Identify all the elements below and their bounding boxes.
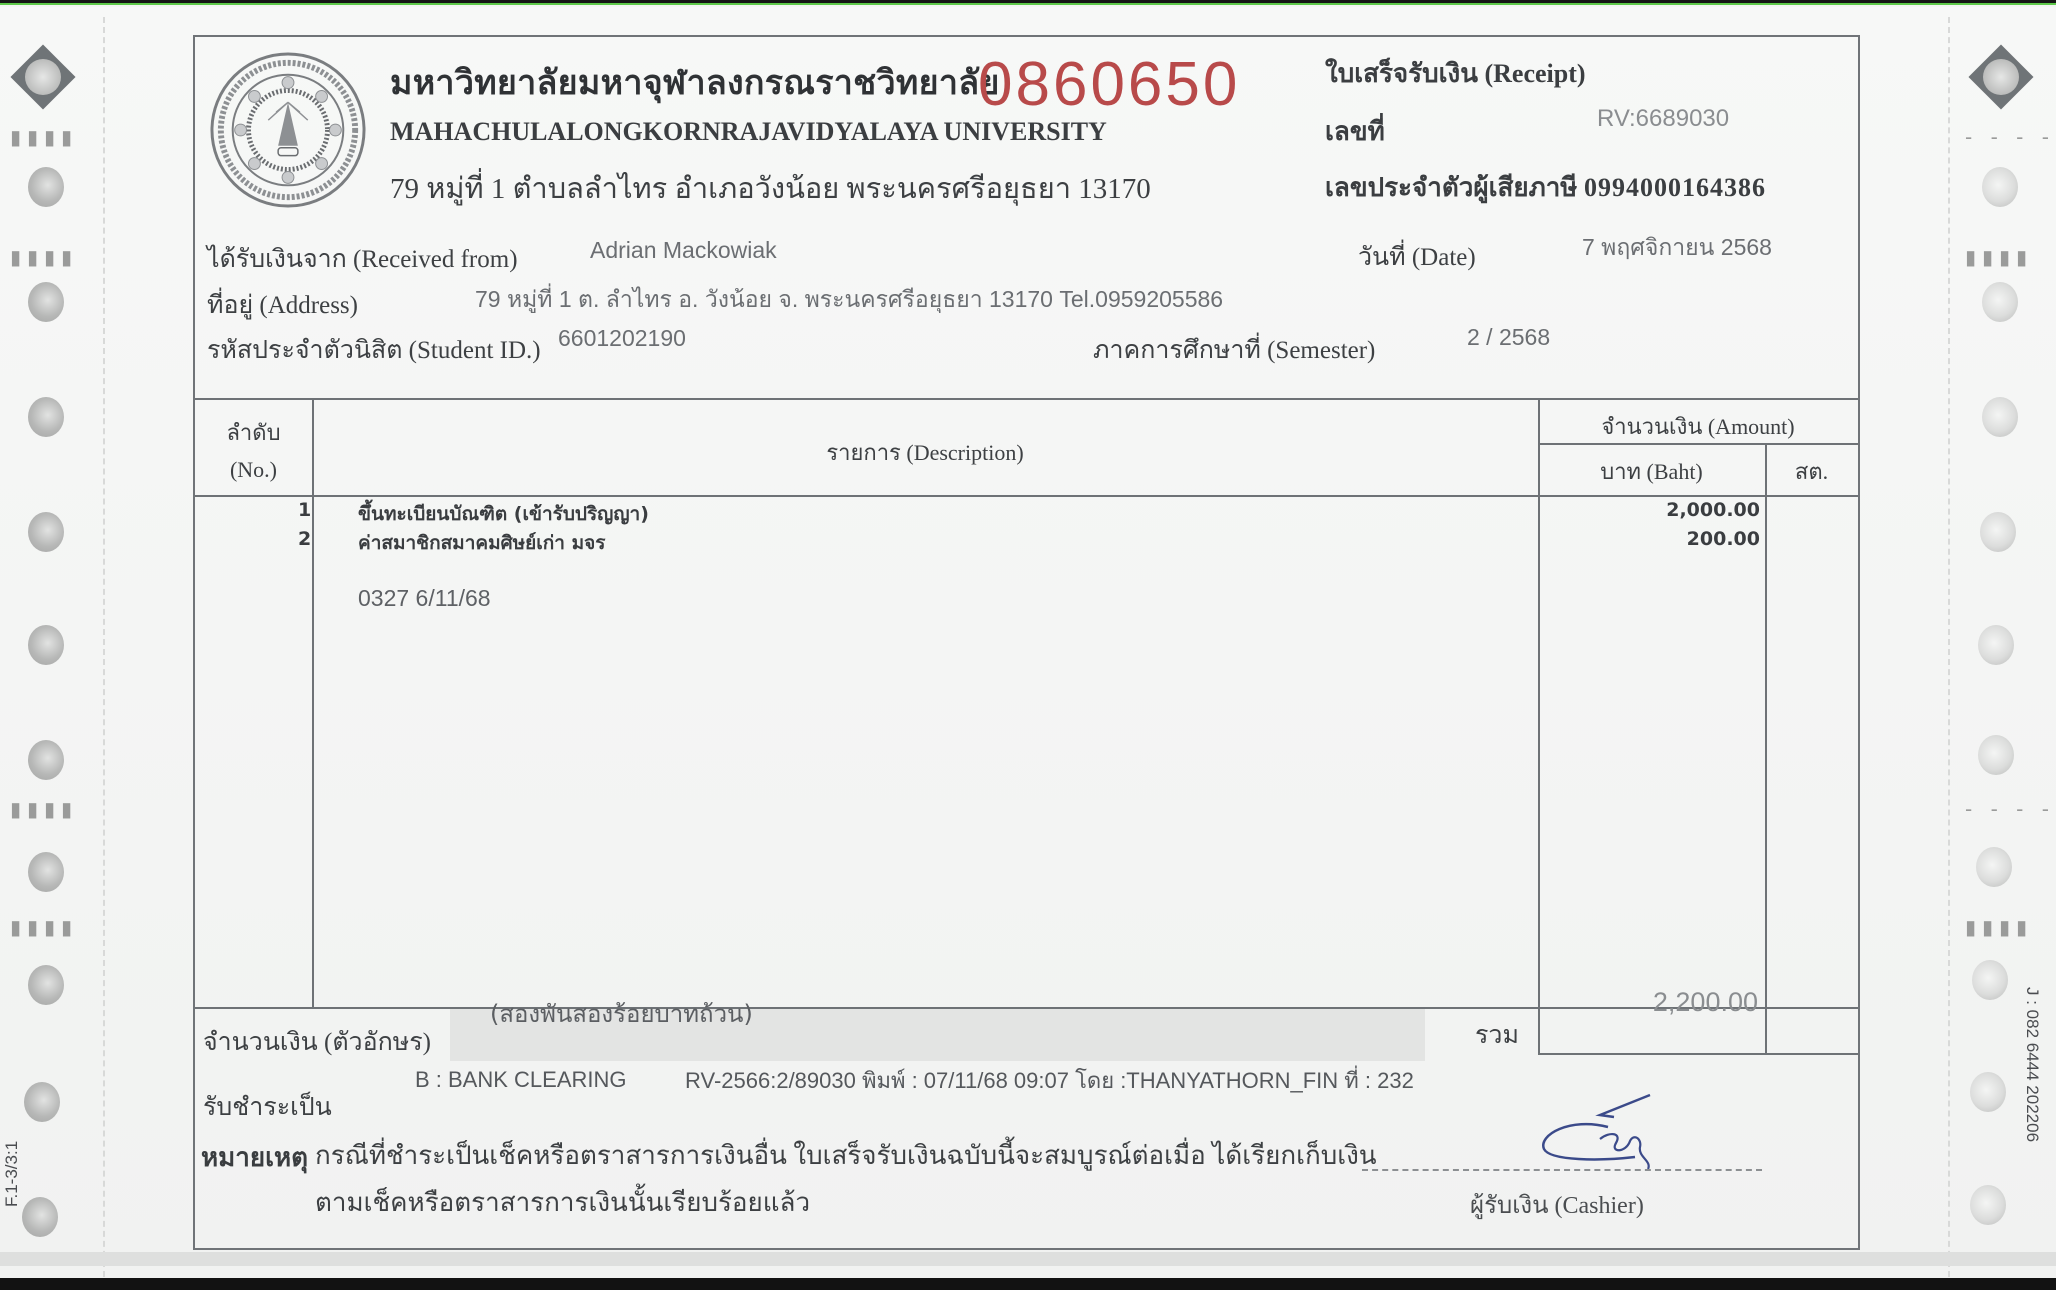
item-number: 2 [298, 528, 311, 550]
note-label: หมายเหตุ [201, 1137, 308, 1178]
bottom-frame-bar [0, 1278, 2056, 1290]
total-row-bottom-rule [1538, 1053, 1858, 1055]
registration-mark-icon [1968, 44, 2033, 109]
feed-hole [24, 1082, 60, 1122]
tick-marks: ▮▮▮▮ [10, 797, 78, 821]
university-name-english: MAHACHULALONGKORNRAJAVIDYALAYA UNIVERSIT… [390, 117, 1107, 147]
tax-id-value: 0994000164386 [1584, 173, 1766, 202]
received-from-label: ได้รับเงินจาก (Received from) [207, 239, 518, 279]
semester-label: ภาคการศึกษาที่ (Semester) [1093, 330, 1375, 370]
tick-marks: ▮▮▮▮ [1965, 915, 2033, 939]
received-from-value: Adrian Mackowiak [590, 237, 777, 264]
university-address: 79 หมู่ที่ 1 ตำบลลำไทร อำเภอวังน้อย พระน… [390, 165, 1151, 211]
feed-hole [28, 282, 64, 322]
payment-reference: 0327 6/11/68 [358, 585, 491, 612]
feed-hole [1978, 625, 2014, 665]
amount-in-words-value: (สองพันสองร้อยบาทถ้วน) [490, 994, 753, 1033]
signature-line [1362, 1169, 1762, 1171]
semester-value: 2 / 2568 [1467, 324, 1550, 351]
feed-hole [1970, 1072, 2006, 1112]
item-amount: 2,000.00 [1580, 499, 1760, 521]
feed-hole [28, 740, 64, 780]
feed-hole [28, 397, 64, 437]
table-top-rule [195, 398, 1858, 400]
print-info: RV-2566:2/89030 พิมพ์ : 07/11/68 09:07 โ… [685, 1063, 1414, 1098]
registration-mark-icon [10, 44, 75, 109]
item-number: 1 [298, 499, 311, 521]
header-satang: สต. [1765, 454, 1858, 489]
feed-hole [1976, 847, 2012, 887]
col-divider-no [312, 398, 314, 1008]
col-divider-desc [1538, 398, 1540, 1053]
header-amount: จำนวนเงิน (Amount) [1538, 409, 1858, 444]
amount-in-words-label: จำนวนเงิน (ตัวอักษร) [203, 1022, 431, 1062]
university-seal-icon [209, 51, 367, 209]
paper-bottom-edge [0, 1252, 2056, 1266]
document-serial-number: 0860650 [978, 49, 1240, 120]
tax-id-label: เลขประจำตัวผู้เสียภาษี [1325, 173, 1577, 202]
tick-marks: ▮▮▮▮ [1965, 245, 2033, 269]
tick-marks: ▮▮▮▮ [10, 915, 78, 939]
feed-hole [1982, 397, 2018, 437]
date-value: 7 พฤศจิกายน 2568 [1582, 230, 1772, 266]
print-code-text: J : 082 6444 202206 [2022, 987, 2042, 1142]
date-label: วันที่ (Date) [1358, 237, 1476, 277]
total-label: รวม [1475, 1015, 1519, 1055]
receipt-title: ใบเสร็จรับเงิน (Receipt) [1325, 53, 1586, 94]
feed-hole [28, 852, 64, 892]
tick-marks: - - - - [1965, 797, 2055, 821]
note-line-2: ตามเช็คหรือตราสารการเงินนั้นเรียบร้อยแล้… [315, 1182, 810, 1223]
left-perforation-line [103, 17, 105, 1277]
cashier-label: ผู้รับเงิน (Cashier) [1470, 1185, 1644, 1224]
note-line-1: กรณีที่ชำระเป็นเช็คหรือตราสารการเงินอื่น… [315, 1135, 1377, 1176]
total-amount: 2,200.00 [1558, 987, 1758, 1018]
tax-id-row: เลขประจำตัวผู้เสียภาษี 0994000164386 [1325, 167, 1766, 208]
header-no-thai: ลำดับ [195, 415, 312, 450]
top-frame-bar [0, 0, 2056, 5]
item-description: ขึ้นทะเบียนบัณฑิต (เข้ารับปริญญา) [358, 499, 649, 529]
receipt-number-value: RV:6689030 [1597, 105, 1729, 133]
feed-hole [1970, 1185, 2006, 1225]
student-id-label: รหัสประจำตัวนิสิต (Student ID.) [207, 330, 541, 370]
feed-hole [1982, 167, 2018, 207]
right-perforation-line [1948, 17, 1950, 1277]
feed-hole [1972, 960, 2008, 1000]
feed-hole [1980, 512, 2016, 552]
university-name-thai: มหาวิทยาลัยมหาจุฬาลงกรณราชวิทยาลัย [390, 55, 1000, 109]
feed-hole [1978, 735, 2014, 775]
feed-hole [28, 167, 64, 207]
item-description: ค่าสมาชิกสมาคมศิษย์เก่า มจร [358, 528, 605, 558]
student-id-value: 6601202190 [558, 325, 686, 352]
receipt-form: มหาวิทยาลัยมหาจุฬาลงกรณราชวิทยาลัย MAHAC… [193, 35, 1860, 1250]
address-label: ที่อยู่ (Address) [207, 285, 358, 325]
header-description: รายการ (Description) [312, 435, 1538, 470]
header-no-english: (No.) [195, 457, 312, 483]
feed-hole [28, 965, 64, 1005]
payment-label: รับชำระเป็น [203, 1087, 332, 1127]
tick-marks: ▮▮▮▮ [10, 245, 78, 269]
header-baht: บาท (Baht) [1538, 454, 1765, 489]
item-amount: 200.00 [1580, 528, 1760, 550]
feed-hole [28, 512, 64, 552]
feed-hole [22, 1197, 58, 1237]
col-divider-satang [1765, 443, 1767, 1053]
table-header-rule [195, 495, 1858, 497]
cashier-signature-icon [1530, 1087, 1690, 1177]
feed-hole [28, 625, 64, 665]
address-value: 79 หมู่ที่ 1 ต. ลำไทร อ. วังน้อย จ. พระน… [475, 282, 1223, 318]
feed-hole [1982, 282, 2018, 322]
payment-method: B : BANK CLEARING [415, 1067, 627, 1093]
receipt-number-label: เลขที่ [1325, 111, 1385, 152]
tick-marks: - - - - [1965, 125, 2055, 149]
tick-marks: ▮▮▮▮ [10, 125, 78, 149]
form-code-text: F.1-3/3:1 [2, 1141, 22, 1207]
